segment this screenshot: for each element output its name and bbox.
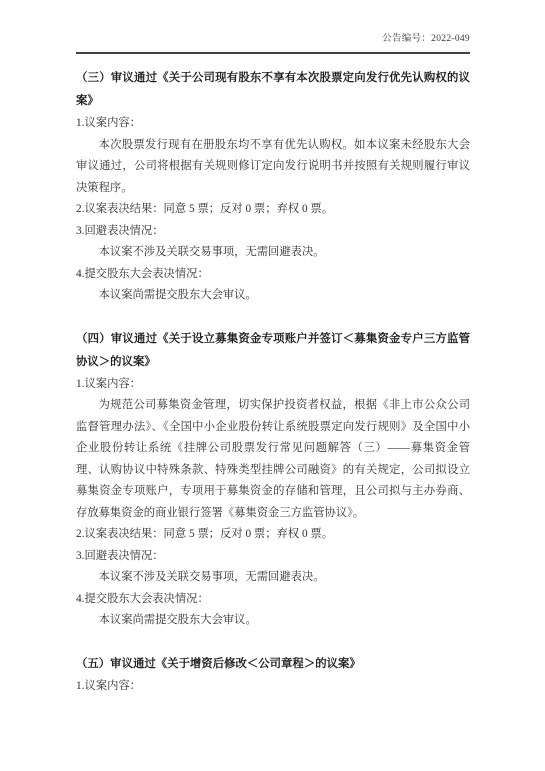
section-3-heading: （三）审议通过《关于公司现有股东不享有本次股票定向发行优先认购权的议案》 <box>76 67 470 113</box>
section-5-item-proposal-content: 1.议案内容： <box>76 676 470 698</box>
announcement-number: 公告编号：2022-049 <box>76 33 470 45</box>
section-3-recusal-heading: 3.回避表决情况： <box>76 221 470 243</box>
announcement-document-page: 公告编号：2022-049 （三）审议通过《关于公司现有股东不享有本次股票定向发… <box>0 0 545 771</box>
section-proposal-4: （四）审议通过《关于设立募集资金专项账户并签订＜募集资金专户三方监管协议＞的议案… <box>76 328 470 632</box>
section-4-heading: （四）审议通过《关于设立募集资金专项账户并签订＜募集资金专户三方监管协议＞的议案… <box>76 328 470 374</box>
section-4-vote-result: 2.议案表决结果：同意 5 票；反对 0 票；弃权 0 票。 <box>76 524 470 546</box>
section-4-shareholder-meeting-heading: 4.提交股东大会表决情况： <box>76 589 470 611</box>
section-4-recusal-note: 本议案不涉及关联交易事项，无需回避表决。 <box>76 567 470 589</box>
section-4-item-proposal-content: 1.议案内容： <box>76 374 470 396</box>
section-4-recusal-heading: 3.回避表决情况： <box>76 546 470 568</box>
section-3-vote-result: 2.议案表决结果：同意 5 票；反对 0 票；弃权 0 票。 <box>76 199 470 221</box>
section-proposal-5: （五）审议通过《关于增资后修改＜公司章程＞的议案》 1.议案内容： <box>76 653 470 698</box>
section-3-proposal-description: 本次股票发行现有在册股东均不享有优先认购权。如本议案未经股东大会审议通过，公司将… <box>76 135 470 200</box>
section-3-shareholder-meeting-note: 本议案尚需提交股东大会审议。 <box>76 285 470 307</box>
section-4-shareholder-meeting-note: 本议案尚需提交股东大会审议。 <box>76 610 470 632</box>
section-3-shareholder-meeting-heading: 4.提交股东大会表决情况： <box>76 264 470 286</box>
section-4-proposal-description: 为规范公司募集资金管理，切实保护投资者权益，根据《非上市公众公司监督管理办法》、… <box>76 395 470 524</box>
section-3-item-proposal-content: 1.议案内容： <box>76 113 470 135</box>
section-5-heading: （五）审议通过《关于增资后修改＜公司章程＞的议案》 <box>76 653 470 676</box>
section-3-recusal-note: 本议案不涉及关联交易事项，无需回避表决。 <box>76 242 470 264</box>
section-proposal-3: （三）审议通过《关于公司现有股东不享有本次股票定向发行优先认购权的议案》 1.议… <box>76 67 470 307</box>
header-divider-line <box>76 52 470 54</box>
